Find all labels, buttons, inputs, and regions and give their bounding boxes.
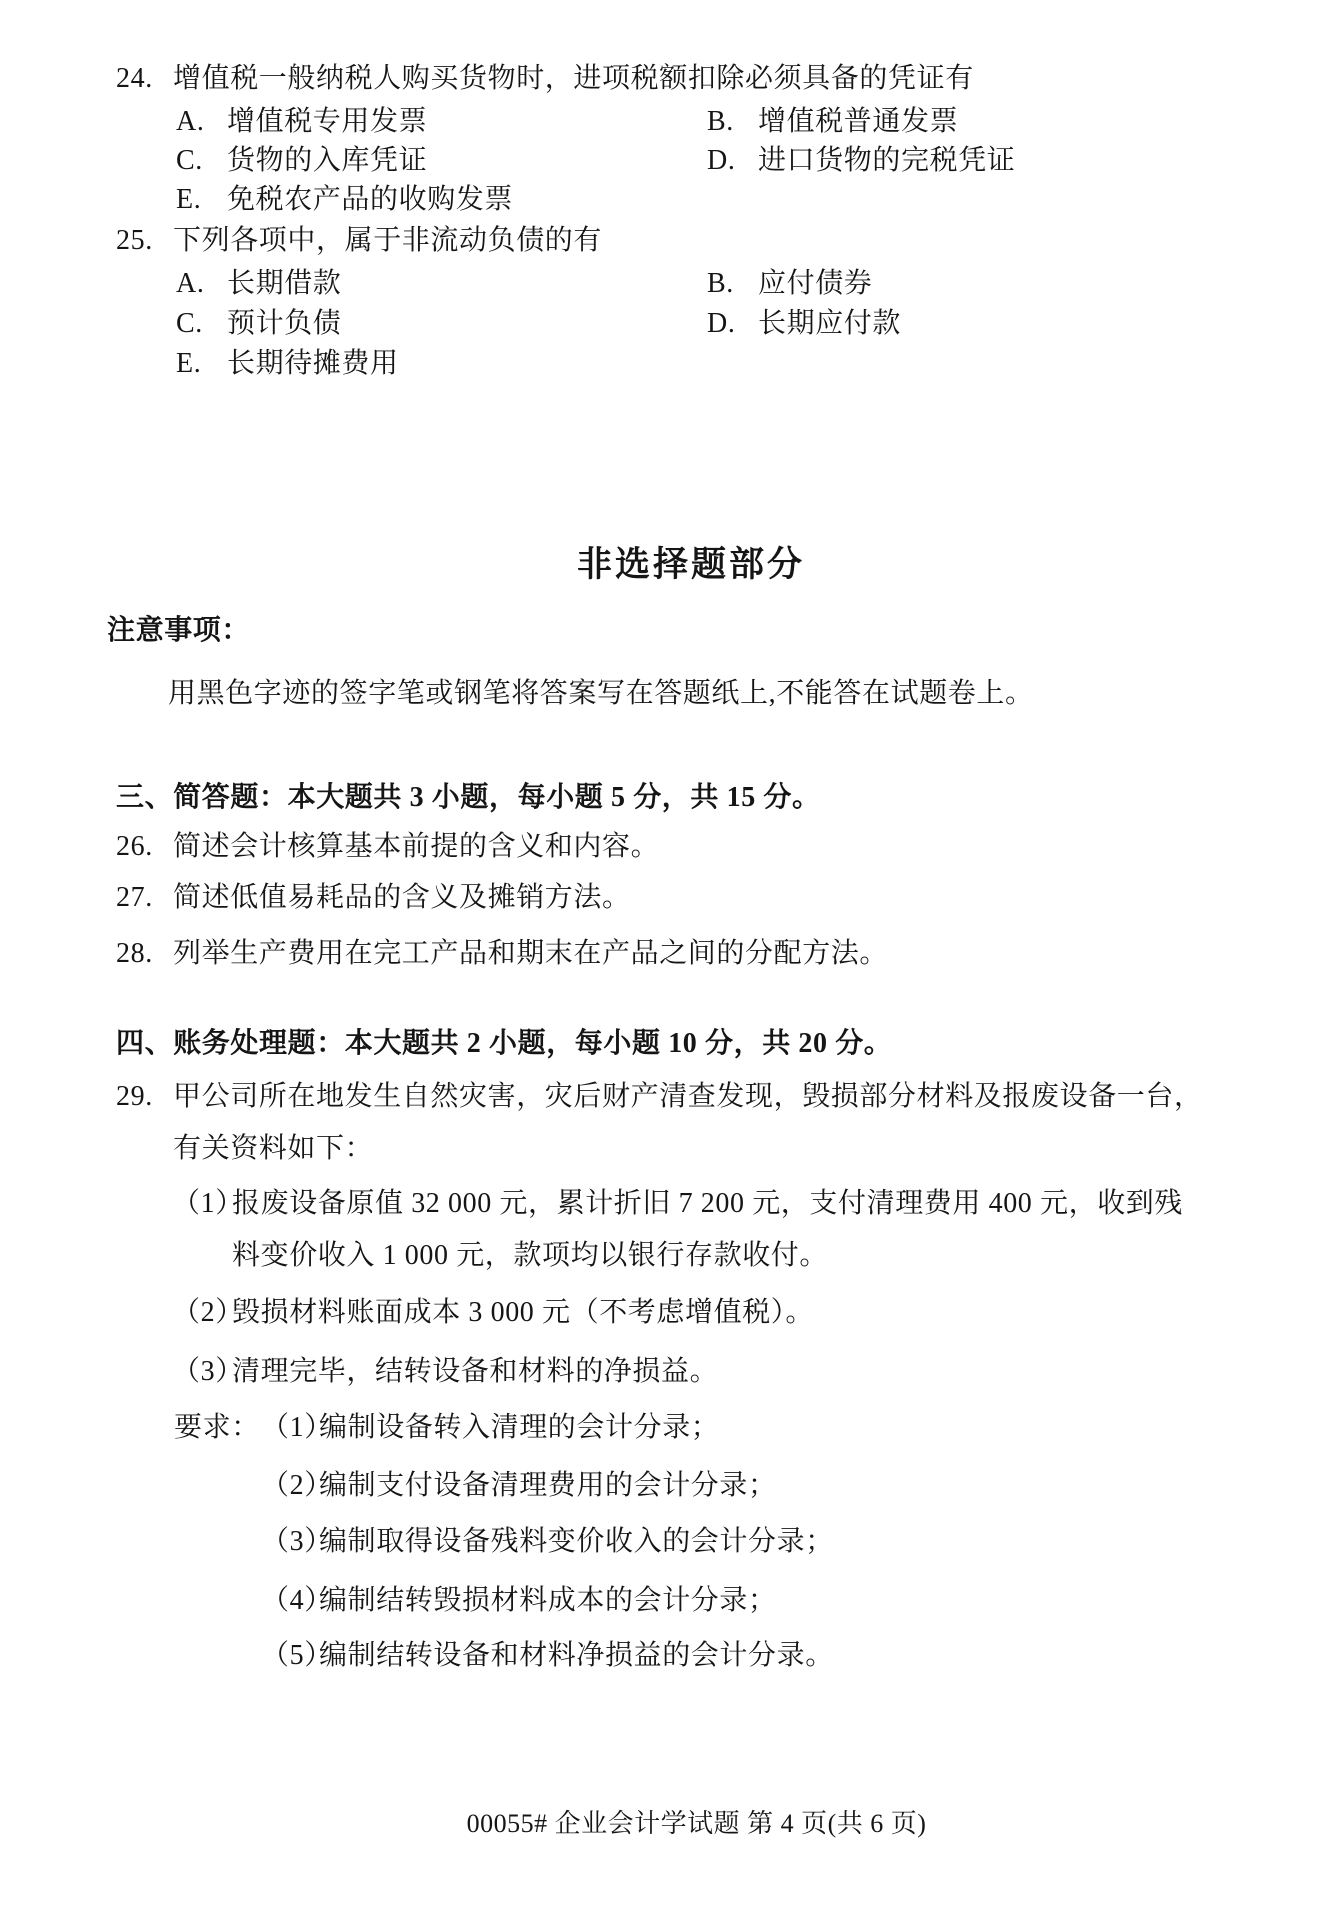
option-text: 长期借款 xyxy=(227,268,341,299)
question-28: 28.列举生产费用在完工产品和期末在产品之间的分配方法。 xyxy=(116,936,888,971)
option-label: B. xyxy=(707,266,758,301)
question-25-number: 25. xyxy=(116,223,173,258)
option-text: 预计负债 xyxy=(227,308,341,339)
question-29-number: 29. xyxy=(116,1079,173,1114)
option-text: 进口货物的完税凭证 xyxy=(758,145,1015,176)
section-heading: 非选择题部分 xyxy=(55,537,1327,587)
question-29-requirement-3: （3）编制取得设备残料变价收入的会计分录； xyxy=(261,1524,834,1559)
question-26-text: 简述会计核算基本前提的含义和内容。 xyxy=(173,831,659,862)
question-24-stem-line: 24.增值税一般纳税人购买货物时，进项税额扣除必须具备的凭证有 xyxy=(116,61,974,96)
fact-text: 清理完毕，结转设备和材料的净损益。 xyxy=(232,1356,718,1387)
fact-label: （3） xyxy=(172,1354,232,1389)
question-28-text: 列举生产费用在完工产品和期末在产品之间的分配方法。 xyxy=(173,938,888,969)
option-label: A. xyxy=(176,266,227,301)
question-24-option-e: E.免税农产品的收购发票 xyxy=(176,182,513,217)
requirement-text: 编制结转设备和材料净损益的会计分录。 xyxy=(319,1640,834,1671)
fact-text: 报废设备原值 32 000 元，累计折旧 7 200 元，支付清理费用 400 … xyxy=(232,1188,1183,1219)
option-text: 应付债券 xyxy=(758,268,872,299)
question-29-fact-3: （3）清理完毕，结转设备和材料的净损益。 xyxy=(172,1354,718,1389)
requirements-prefix: 要求： xyxy=(174,1410,261,1445)
option-text: 增值税专用发票 xyxy=(227,106,427,137)
requirement-text: 编制设备转入清理的会计分录； xyxy=(319,1412,719,1443)
question-24-option-b: B.增值税普通发票 xyxy=(707,104,958,139)
option-label: C. xyxy=(176,143,227,178)
requirement-label: （2） xyxy=(261,1468,319,1503)
question-28-number: 28. xyxy=(116,936,173,971)
question-24-number: 24. xyxy=(116,61,173,96)
question-24-option-d: D.进口货物的完税凭证 xyxy=(707,143,1015,178)
requirement-text: 编制取得设备残料变价收入的会计分录； xyxy=(319,1526,834,1557)
question-25-option-d: D.长期应付款 xyxy=(707,306,901,341)
option-text: 免税农产品的收购发票 xyxy=(227,184,513,215)
question-29-requirement-2: （2）编制支付设备清理费用的会计分录； xyxy=(261,1468,777,1503)
question-27-text: 简述低值易耗品的含义及摊销方法。 xyxy=(173,882,631,913)
question-24-option-c: C.货物的入库凭证 xyxy=(176,143,427,178)
notice-body: 用黑色字迹的签字笔或钢笔将答案写在答题纸上,不能答在试题卷上。 xyxy=(168,676,1034,711)
question-24-stem: 增值税一般纳税人购买货物时，进项税额扣除必须具备的凭证有 xyxy=(173,63,974,94)
question-27-number: 27. xyxy=(116,880,173,915)
option-label: D. xyxy=(707,306,758,341)
section-4-heading: 四、账务处理题：本大题共 2 小题，每小题 10 分，共 20 分。 xyxy=(116,1026,892,1061)
option-label: A. xyxy=(176,104,227,139)
option-label: B. xyxy=(707,104,758,139)
fact-text: 毁损材料账面成本 3 000 元（不考虑增值税）。 xyxy=(232,1297,814,1328)
option-text: 货物的入库凭证 xyxy=(227,145,427,176)
option-label: E. xyxy=(176,182,227,217)
fact-label: （1） xyxy=(172,1186,232,1221)
question-25-option-c: C.预计负债 xyxy=(176,306,341,341)
question-25-stem: 下列各项中，属于非流动负债的有 xyxy=(173,225,602,256)
option-text: 增值税普通发票 xyxy=(758,106,958,137)
fact-label: （2） xyxy=(172,1295,232,1330)
requirement-label: （4） xyxy=(261,1583,319,1618)
question-25-stem-line: 25.下列各项中，属于非流动负债的有 xyxy=(116,223,602,258)
option-text: 长期待摊费用 xyxy=(227,348,399,379)
question-29-fact-1-line-2: 料变价收入 1 000 元，款项均以银行存款收付。 xyxy=(232,1238,828,1273)
option-text: 长期应付款 xyxy=(758,308,901,339)
question-29-stem: 甲公司所在地发生自然灾害，灾后财产清查发现，毁损部分材料及报废设备一台， xyxy=(173,1081,1203,1112)
question-24-option-a: A.增值税专用发票 xyxy=(176,104,427,139)
question-29-fact-1-line-1: （1）报废设备原值 32 000 元，累计折旧 7 200 元，支付清理费用 4… xyxy=(172,1186,1183,1221)
question-25-option-a: A.长期借款 xyxy=(176,266,341,301)
section-3-heading: 三、简答题：本大题共 3 小题，每小题 5 分，共 15 分。 xyxy=(116,780,821,815)
notice-title: 注意事项： xyxy=(107,613,250,648)
question-27: 27.简述低值易耗品的含义及摊销方法。 xyxy=(116,880,631,915)
question-26: 26.简述会计核算基本前提的含义和内容。 xyxy=(116,829,659,864)
requirement-text: 编制结转毁损材料成本的会计分录； xyxy=(319,1585,777,1616)
question-29-requirement-1: 要求：（1）编制设备转入清理的会计分录； xyxy=(174,1410,719,1445)
requirement-label: （3） xyxy=(261,1524,319,1559)
requirement-label: （5） xyxy=(261,1638,319,1673)
requirement-label: （1） xyxy=(261,1410,319,1445)
option-label: C. xyxy=(176,306,227,341)
question-29-fact-2: （2）毁损材料账面成本 3 000 元（不考虑增值税）。 xyxy=(172,1295,814,1330)
question-29-stem-line-1: 29.甲公司所在地发生自然灾害，灾后财产清查发现，毁损部分材料及报废设备一台， xyxy=(116,1079,1203,1114)
option-label: D. xyxy=(707,143,758,178)
requirement-text: 编制支付设备清理费用的会计分录； xyxy=(319,1470,777,1501)
question-29-stem-line-2: 有关资料如下： xyxy=(173,1131,373,1166)
question-26-number: 26. xyxy=(116,829,173,864)
page-footer: 00055# 企业会计学试题 第 4 页(共 6 页) xyxy=(66,1803,1327,1840)
option-label: E. xyxy=(176,346,227,381)
question-29-requirement-5: （5）编制结转设备和材料净损益的会计分录。 xyxy=(261,1638,834,1673)
question-29-requirement-4: （4）编制结转毁损材料成本的会计分录； xyxy=(261,1583,777,1618)
question-25-option-b: B.应付债券 xyxy=(707,266,872,301)
question-25-option-e: E.长期待摊费用 xyxy=(176,346,399,381)
exam-paper-page: 24.增值税一般纳税人购买货物时，进项税额扣除必须具备的凭证有 A.增值税专用发… xyxy=(0,0,1327,1927)
